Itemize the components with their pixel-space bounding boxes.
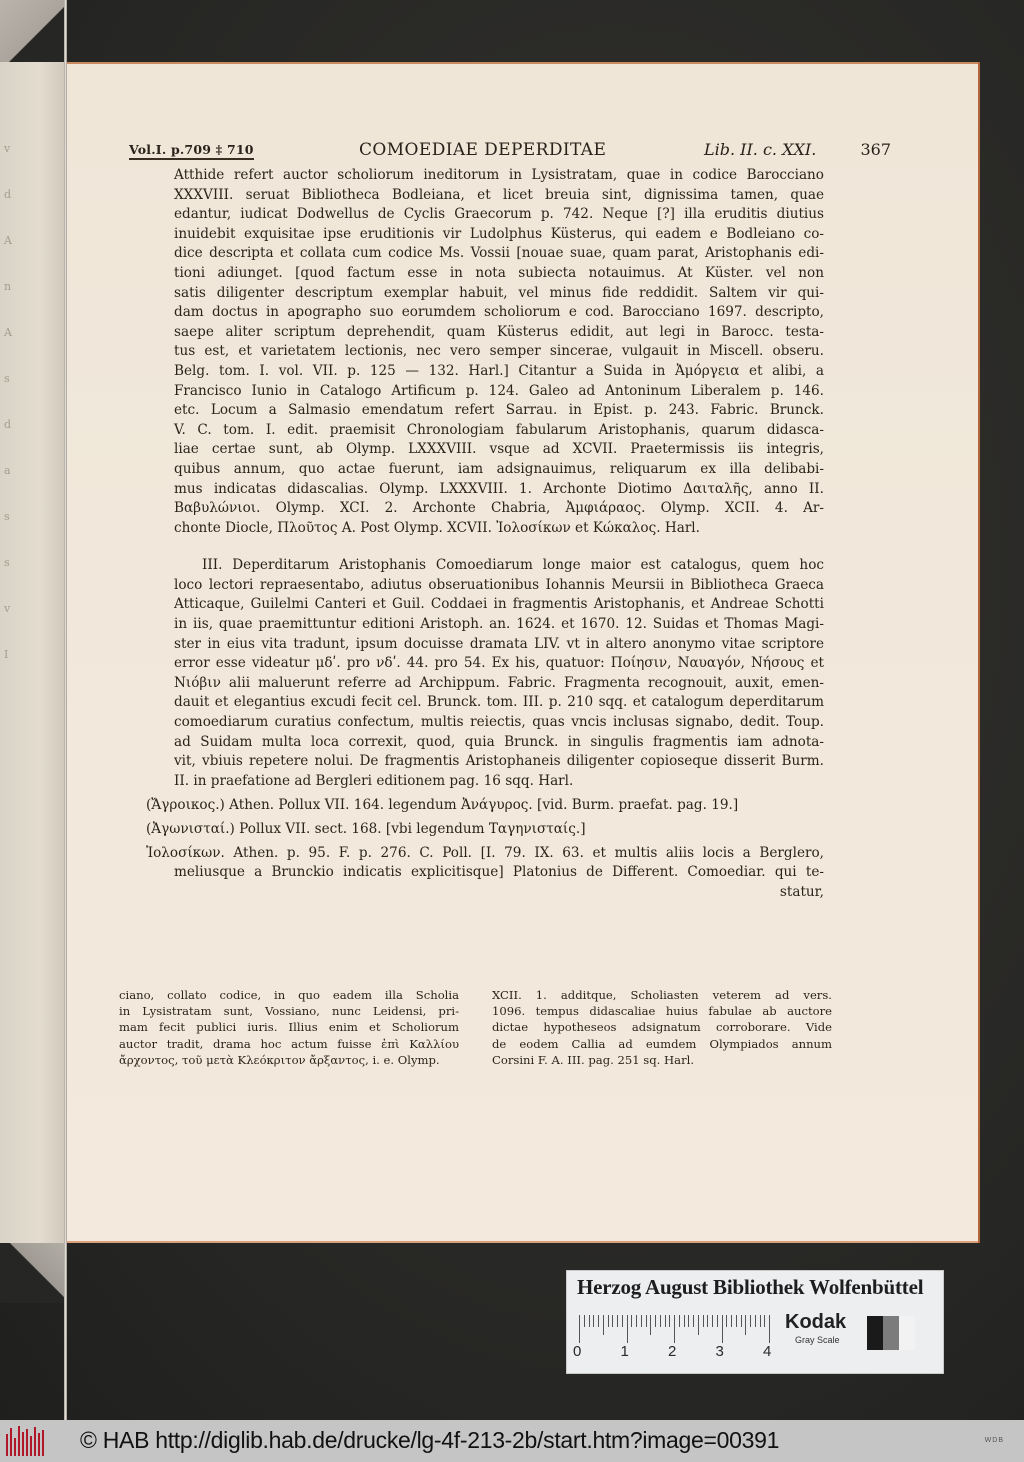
text-line: Atticaque, Guilelmi Canteri et Guil. Cod… xyxy=(174,595,824,615)
ruler-tick xyxy=(703,1315,704,1327)
adjacent-page-glyph: A xyxy=(4,326,12,339)
gray-swatch xyxy=(883,1316,899,1350)
text-line: saepe aliter scriptum deprehendit, quam … xyxy=(174,323,824,343)
ruler-number: 4 xyxy=(763,1343,771,1360)
adjacent-page-glyph: v xyxy=(4,142,10,155)
footnotes: ciano, collato codice, in quo eadem illa… xyxy=(119,987,832,1068)
adjacent-page-glyph: A xyxy=(4,234,12,247)
ruler-tick xyxy=(655,1315,656,1327)
text-line: dauit et elegantius excudi fecit cel. Br… xyxy=(174,693,824,713)
ruler-tick xyxy=(679,1315,680,1327)
ruler-number: 1 xyxy=(621,1343,629,1360)
adjacent-page-glyph: d xyxy=(4,418,11,431)
adjacent-page-glyph: s xyxy=(4,556,10,569)
text-line: dam doctus in apographo suo eorumdem sch… xyxy=(174,303,824,323)
text-line: statur, xyxy=(146,883,824,903)
kodak-subtitle: Gray Scale xyxy=(795,1335,840,1345)
text-line: liae certae sunt, ab Olymp. LXXXVIII. vs… xyxy=(174,440,824,460)
page-number: 367 xyxy=(860,140,891,159)
book-page: Vol.I. p.709 ‡ 710 COMOEDIAE DEPERDITAE … xyxy=(67,62,980,1243)
ruler-tick xyxy=(603,1315,604,1335)
text-line: error esse videatur μδʹ. pro νδʹ. 44. pr… xyxy=(174,654,824,674)
gray-swatch xyxy=(867,1316,883,1350)
ruler-tick xyxy=(650,1315,651,1335)
ruler-tick xyxy=(755,1315,756,1327)
text-line: chonte Diocle, Πλοῦτος A. Post Olymp. XC… xyxy=(174,519,824,539)
text-line: satis diligenter descriptum exemplar hab… xyxy=(174,284,824,304)
gray-swatch xyxy=(899,1316,915,1350)
text-line: tus est, et varietatem lectionis, nec ve… xyxy=(174,342,824,362)
text-line: in Lysistratam sunt, Vossiano, nunc Leid… xyxy=(119,1003,459,1019)
ruler-number: 3 xyxy=(716,1343,724,1360)
ruler-scale xyxy=(579,1315,774,1345)
text-line: ster in eius vita tradunt, ipsum docuiss… xyxy=(174,635,824,655)
text-line: ciano, collato codice, in quo eadem illa… xyxy=(119,987,459,1003)
text-line: dictae hypotheseos adsignatum corroborar… xyxy=(492,1019,832,1035)
adjacent-page-glyph: I xyxy=(4,648,8,661)
ruler-tick xyxy=(741,1315,742,1327)
text-line: quibus annum, quo actae fuerunt, iam ads… xyxy=(174,460,824,480)
ruler-tick xyxy=(693,1315,694,1327)
viewer-footer: © HAB http://diglib.hab.de/drucke/lg-4f-… xyxy=(0,1420,1024,1462)
text-line: 1096. tempus didascaliae huius fabulae a… xyxy=(492,1003,832,1019)
text-line: (Ἄγροικος.) Athen. Pollux VII. 164. lege… xyxy=(146,796,824,816)
text-line: Belg. tom. I. vol. VII. p. 125 — 132. Ha… xyxy=(174,362,824,382)
text-line: mus indicatas didascalias. Olymp. LXXXVI… xyxy=(174,480,824,500)
text-line: in iis, quae praemittuntur editioni Aris… xyxy=(174,615,824,635)
paragraph-1: Atthide refert auctor scholiorum inedito… xyxy=(174,166,824,538)
ruler-tick xyxy=(622,1315,623,1327)
text-line: comoediarum curatius confectum, multis r… xyxy=(174,713,824,733)
ruler-tick xyxy=(726,1315,727,1327)
text-line: vit, vbiuis repetere nolui. De fragmenti… xyxy=(174,752,824,772)
ruler-tick xyxy=(688,1315,689,1327)
ruler-tick xyxy=(669,1315,670,1327)
text-line: ἄρχοντος, τοῦ μετὰ Κλεόκριτον ἄρξαντος, … xyxy=(119,1052,459,1068)
paragraph-2: III. Deperditarum Aristophanis Comoediar… xyxy=(174,556,824,791)
adjacent-page-glyph: s xyxy=(4,510,10,523)
ruler-tick xyxy=(745,1315,746,1335)
ruler-tick xyxy=(769,1315,770,1343)
ruler-tick xyxy=(665,1315,666,1327)
text-line: Francisco Iunio in Catalogo Artificum p.… xyxy=(174,382,824,402)
text-line: edantur, iudicat Dodwellus de Cyclis Gra… xyxy=(174,205,824,225)
left-strip-corner xyxy=(0,0,66,62)
text-line: meliusque a Brunckio indicatis expliciti… xyxy=(146,863,824,883)
ruler-tick xyxy=(631,1315,632,1327)
ruler-tick xyxy=(712,1315,713,1327)
text-line: V. C. tom. I. edit. praemisit Chronologi… xyxy=(174,421,824,441)
text-line: XXXVIII. seruat Bibliotheca Bodleiana, e… xyxy=(174,186,824,206)
ruler-tick xyxy=(674,1315,675,1343)
footnote-left-column: ciano, collato codice, in quo eadem illa… xyxy=(119,987,459,1068)
color-calibration-bar: Herzog August Bibliothek Wolfenbüttel Ko… xyxy=(566,1270,944,1374)
text-line: III. Deperditarum Aristophanis Comoediar… xyxy=(174,556,824,576)
adjacent-page-glyph: d xyxy=(4,188,11,201)
ruler-tick xyxy=(612,1315,613,1327)
ruler-tick xyxy=(593,1315,594,1327)
running-title: COMOEDIAE DEPERDITAE xyxy=(359,140,606,160)
ruler-tick xyxy=(598,1315,599,1327)
ruler-tick xyxy=(627,1315,628,1343)
text-line: dice descripta et collata cum codice Ms.… xyxy=(174,244,824,264)
text-line: (Ἀγωνισταί.) Pollux VII. sect. 168. [vbi… xyxy=(146,820,824,840)
gray-scale-swatches xyxy=(867,1316,915,1350)
ruler-tick xyxy=(698,1315,699,1335)
wdb-mark: WDB xyxy=(985,1437,1004,1444)
library-name: Herzog August Bibliothek Wolfenbüttel xyxy=(577,1275,923,1300)
catalogue-entry: Ἰολοσίκων. Athen. p. 95. F. p. 276. C. P… xyxy=(146,844,824,903)
text-line: Ἰολοσίκων. Athen. p. 95. F. p. 276. C. P… xyxy=(146,844,824,864)
text-line: inuidebit exquisitae ipse eruditionis vi… xyxy=(174,225,824,245)
paragraph-gap xyxy=(174,538,824,556)
ruler-tick xyxy=(750,1315,751,1327)
running-head: Vol.I. p.709 ‡ 710 COMOEDIAE DEPERDITAE … xyxy=(129,140,891,162)
ruler-tick xyxy=(660,1315,661,1327)
catalogue-entry: (Ἄγροικος.) Athen. Pollux VII. 164. lege… xyxy=(146,796,824,816)
adjacent-page-glyph: n xyxy=(4,280,11,293)
left-strip-corner-bottom xyxy=(0,1243,66,1303)
ruler-tick xyxy=(717,1315,718,1327)
text-line: loco lectori repraesentabo, adiutus obse… xyxy=(174,576,824,596)
text-line: Atthide refert auctor scholiorum inedito… xyxy=(174,166,824,186)
book-chapter-reference: Lib. II. c. XXI. xyxy=(704,140,816,159)
ruler-number: 2 xyxy=(668,1343,676,1360)
text-line: Βαβυλώνιοι. Olymp. XCI. 2. Archonte Chab… xyxy=(174,499,824,519)
ruler-tick xyxy=(579,1315,580,1343)
text-line: XCII. 1. additque, Scholiasten veterem a… xyxy=(492,987,832,1003)
text-line: auctor tradit, drama hoc actum fuisse ἐπ… xyxy=(119,1036,459,1052)
ruler-tick xyxy=(641,1315,642,1327)
catalogue-entry: (Ἀγωνισταί.) Pollux VII. sect. 168. [vbi… xyxy=(146,820,824,840)
text-line: Νιόβιν alii maluerunt referre ad Archipp… xyxy=(174,674,824,694)
kodak-brand: Kodak xyxy=(785,1311,846,1334)
volume-reference: Vol.I. p.709 ‡ 710 xyxy=(129,142,254,160)
footnote-right-column: XCII. 1. additque, Scholiasten veterem a… xyxy=(492,987,832,1068)
text-line: tioni adiunget. [quod factum esse in not… xyxy=(174,264,824,284)
ruler-tick xyxy=(617,1315,618,1327)
catalogue-entries: (Ἄγροικος.) Athen. Pollux VII. 164. lege… xyxy=(146,796,824,902)
ruler-tick xyxy=(764,1315,765,1327)
copyright-url[interactable]: © HAB http://diglib.hab.de/drucke/lg-4f-… xyxy=(80,1427,779,1454)
ruler-tick xyxy=(707,1315,708,1327)
main-text: Atthide refert auctor scholiorum inedito… xyxy=(174,166,824,906)
text-line: II. in praefatione ad Bergleri editionem… xyxy=(174,772,824,792)
ruler-tick xyxy=(636,1315,637,1327)
ruler-tick xyxy=(608,1315,609,1327)
hab-logo-icon xyxy=(6,1426,46,1456)
adjacent-page-glyph: a xyxy=(4,464,11,477)
ruler-tick xyxy=(731,1315,732,1327)
ruler-number: 0 xyxy=(573,1343,581,1360)
text-line: de eodem Callia ad eumdem Olympiados ann… xyxy=(492,1036,832,1052)
ruler-tick xyxy=(760,1315,761,1327)
adjacent-page-glyph: s xyxy=(4,372,10,385)
adjacent-page-strip: vdAnAsdassvI xyxy=(0,62,66,1243)
ruler-tick xyxy=(736,1315,737,1327)
ruler-tick xyxy=(684,1315,685,1327)
text-line: ad Suidam multa loca correxit, quod, qui… xyxy=(174,733,824,753)
ruler-tick xyxy=(646,1315,647,1327)
text-line: mam fecit publici iuris. Illius enim et … xyxy=(119,1019,459,1035)
adjacent-page-glyph: v xyxy=(4,602,10,615)
ruler-tick xyxy=(722,1315,723,1343)
text-line: Corsini F. A. III. pag. 251 sq. Harl. xyxy=(492,1052,832,1068)
text-line: etc. Locum a Salmasio emendatum refert S… xyxy=(174,401,824,421)
ruler-tick xyxy=(584,1315,585,1327)
ruler-tick xyxy=(589,1315,590,1327)
